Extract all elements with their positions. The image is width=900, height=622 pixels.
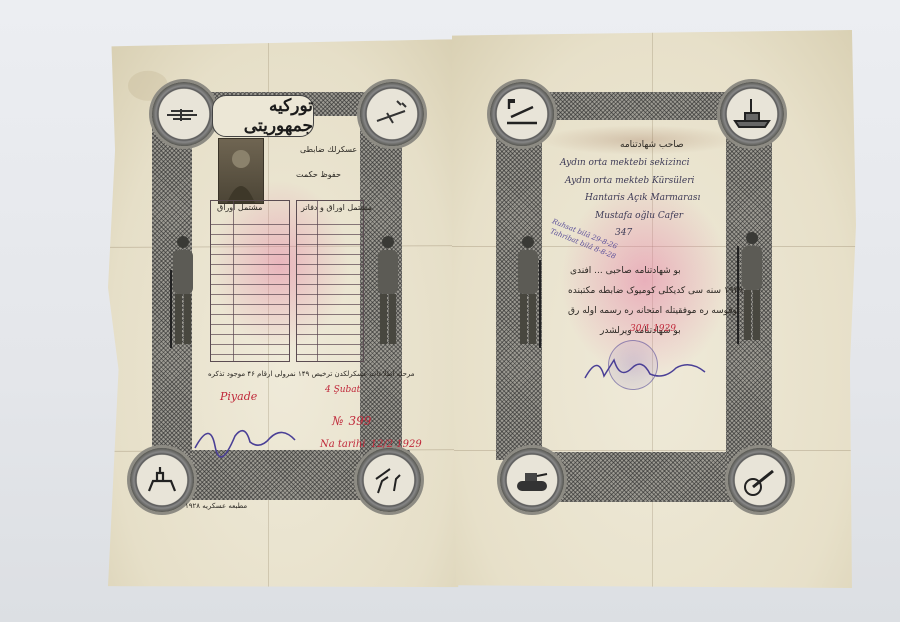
document-title: تورکیه جمهوریتی: [212, 95, 314, 137]
tank-icon: [509, 457, 555, 503]
certificate-number: № 399: [332, 410, 371, 429]
handwritten-line-5: 347: [615, 228, 632, 238]
printed-info-line: مرحله اطلاعات عسکرلکدن ترخیص ۱۴۹ نمرولی …: [208, 370, 415, 378]
number-label: №: [332, 414, 343, 428]
service-record-table-right: مشتمل اوراق و دفاتر: [296, 200, 364, 362]
artillery-vignette: [728, 448, 792, 512]
airplane-icon: [369, 91, 415, 137]
portrait-photo: [218, 138, 264, 204]
date-value: 12/2 1929: [371, 439, 422, 450]
service-record-table-left: مشتمل اوراق: [210, 200, 290, 362]
body-line-1: بو شهادتنامه صاحبی ... افندی: [570, 266, 681, 276]
issue-date: Na tarihi 12/2 1929: [320, 432, 422, 451]
signature-left: [190, 418, 300, 458]
table-header: مشتمل اوراق: [217, 203, 262, 212]
body-line-3: اوقوسه ره موفقیتله امتحانه ره رسمه اوله …: [568, 306, 739, 316]
cannon-with-flag-icon: [499, 91, 545, 137]
field-gun-icon: [737, 457, 783, 503]
handwritten-line-2: Aydın orta mekteb Kürsüleri: [565, 176, 694, 186]
tank-vignette: [500, 448, 564, 512]
table-header: مشتمل اوراق و دفاتر: [301, 203, 372, 212]
charging-soldiers-icon: [366, 457, 412, 503]
battleship-icon: [729, 91, 775, 137]
greeting-line: صاحب شهادتنامه: [620, 140, 684, 150]
soldier-figure-icon: [368, 230, 408, 360]
handwritten-date: 30/1 1929: [630, 324, 676, 334]
handwritten-line-4: Mustafa oğlu Cafer: [595, 211, 683, 221]
printer-mark: مطبعه عسکریه ۱۹۲۸: [185, 502, 247, 510]
signature-right: [580, 350, 710, 390]
header-line-2: حفوظ حکمت: [296, 170, 341, 179]
biplane-vignette: [152, 82, 216, 146]
soldier-figure-icon: [163, 230, 203, 360]
soldier-figure-icon: [508, 230, 548, 360]
branch-handwritten: Piyade: [220, 390, 257, 403]
airplane-vignette: [360, 82, 424, 146]
header-line-1: عسکرلك ضابطی: [300, 145, 357, 154]
handwritten-line-3: Hantaris Açık Marmarası: [585, 193, 700, 203]
date-label: Na tarihi: [320, 439, 366, 450]
horse-rider-icon: [139, 457, 185, 503]
certificate-document: عسکرلك ضابطی حفوظ حکمت مشتمل اوراق مشتمل…: [60, 30, 860, 590]
number-value: 399: [348, 414, 371, 428]
biplane-icon: [161, 91, 207, 137]
infantry-charge-vignette: [357, 448, 421, 512]
body-line-2: ۱۹۲۹ سنه سی کدیکلی کومیوک ضابطه مکتبنده: [568, 286, 743, 296]
handwritten-line-1: Aydın orta mektebi sekizinci: [560, 158, 689, 168]
date-note-handwritten: 4 Şubat: [325, 385, 360, 395]
